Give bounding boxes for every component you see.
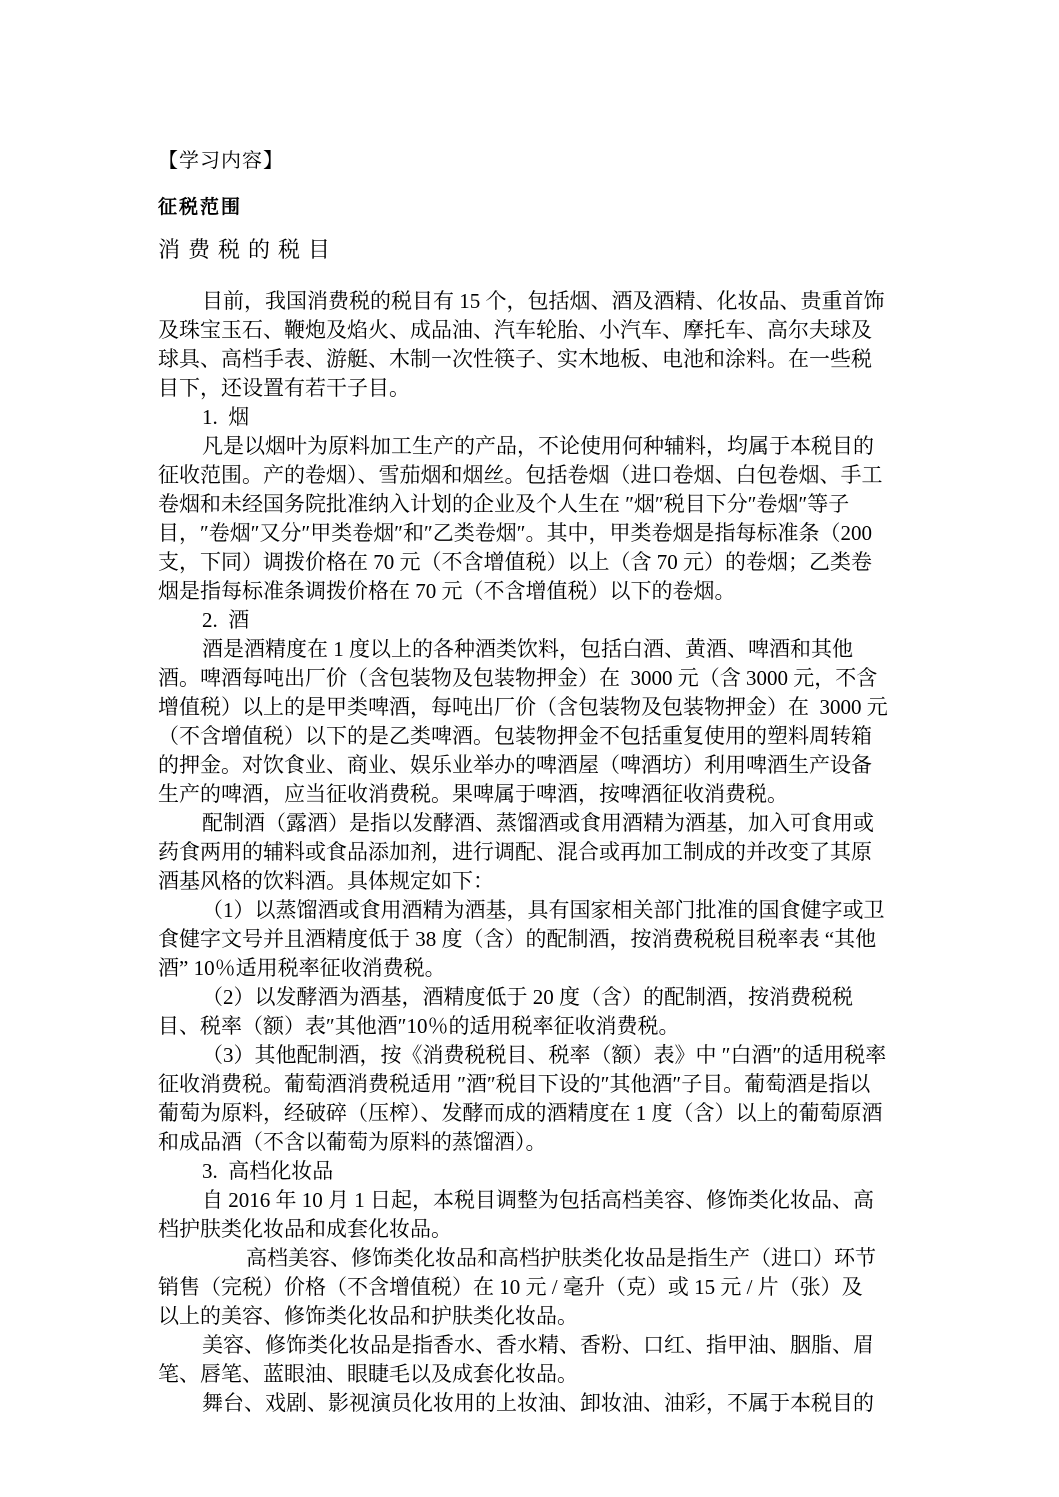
subsection-heading: 消费税的税目 xyxy=(158,235,938,265)
para-alcohol-line: 酒是酒精度在 1 度以上的各种酒类饮料，包括白酒、黄酒、啤酒和其他 xyxy=(158,635,938,664)
para-rule-2: （2）以发酵酒为酒基，酒精度低于 20 度（含）的配制酒，按消费税税目、税率（额… xyxy=(158,983,938,1041)
para-tobacco-line: 凡是以烟叶为原料加工生产的产品，不论使用何种辅料，均属于本税目的 xyxy=(158,432,938,461)
item-3-cosmetics-line: 3. 高档化妆品 xyxy=(158,1157,938,1186)
item-1-tobacco-line: 1. 烟 xyxy=(158,403,938,432)
para-overview: 目前，我国消费税的税目有 15 个，包括烟、酒及酒精、化妆品、贵重首饰及珠宝玉石… xyxy=(158,287,938,403)
para-rule-3-line: 和成品酒（不含以葡萄为原料的蒸馏酒）。 xyxy=(158,1128,938,1157)
para-alcohol-line: 生产的啤酒，应当征收消费税。果啤属于啤酒，按啤酒征收消费税。 xyxy=(158,780,938,809)
para-rule-2-line: （2）以发酵酒为酒基，酒精度低于 20 度（含）的配制酒，按消费税税 xyxy=(158,983,938,1012)
para-cosmetics-types: 美容、修饰类化妆品是指香水、香水精、香粉、口红、指甲油、胭脂、眉笔、唇笔、蓝眼油… xyxy=(158,1331,938,1389)
item-2-alcohol-line: 2. 酒 xyxy=(158,606,938,635)
para-cosmetics-date-line: 自 2016 年 10 月 1 日起，本税目调整为包括高档美容、修饰类化妆品、高 xyxy=(158,1186,938,1215)
para-tobacco-line: 支，下同）调拨价格在 70 元（不含增值税）以上（含 70 元）的卷烟；乙类卷 xyxy=(158,548,938,577)
para-cosmetics-price-line: 销售（完税）价格（不含增值税）在 10 元 / 毫升（克）或 15 元 / 片（… xyxy=(158,1273,938,1302)
para-alcohol-line: 酒。啤酒每吨出厂价（含包装物及包装物押金）在 3000 元（含 3000 元，不… xyxy=(158,664,938,693)
para-alcohol-line: 的押金。对饮食业、商业、娱乐业举办的啤酒屋（啤酒坊）利用啤酒生产设备 xyxy=(158,751,938,780)
page-content: 【学习内容】 征税范围 消费税的税目 目前，我国消费税的税目有 15 个，包括烟… xyxy=(158,148,938,1418)
para-cosmetics-date: 自 2016 年 10 月 1 日起，本税目调整为包括高档美容、修饰类化妆品、高… xyxy=(158,1186,938,1244)
para-stage-makeup-line: 舞台、戏剧、影视演员化妆用的上妆油、卸妆油、油彩，不属于本税目的 xyxy=(158,1389,938,1418)
para-tobacco-line: 卷烟和未经国务院批准纳入计划的企业及个人生在 ″烟″税目下分″卷烟″等子 xyxy=(158,490,938,519)
bracket-heading: 【学习内容】 xyxy=(158,148,938,174)
para-tobacco-line: 烟是指每标准条调拨价格在 70 元（不含增值税）以下的卷烟。 xyxy=(158,577,938,606)
para-overview-line: 及珠宝玉石、鞭炮及焰火、成品油、汽车轮胎、小汽车、摩托车、高尔夫球及 xyxy=(158,316,938,345)
para-tobacco-line: 目，″卷烟″又分″甲类卷烟″和″乙类卷烟″。其中，甲类卷烟是指每标准条（200 xyxy=(158,519,938,548)
para-rule-3-line: 葡萄为原料，经破碎（压榨）、发酵而成的酒精度在 1 度（含）以上的葡萄原酒 xyxy=(158,1099,938,1128)
para-rule-2-line: 目、税率（额）表″其他酒″10％的适用税率征收消费税。 xyxy=(158,1012,938,1041)
para-stage-makeup: 舞台、戏剧、影视演员化妆用的上妆油、卸妆油、油彩，不属于本税目的 xyxy=(158,1389,938,1418)
para-alcohol-line: 增值税）以上的是甲类啤酒，每吨出厂价（含包装物及包装物押金）在 3000 元 xyxy=(158,693,938,722)
para-tobacco: 凡是以烟叶为原料加工生产的产品，不论使用何种辅料，均属于本税目的征收范围。产的卷… xyxy=(158,432,938,606)
para-blended-wine-line: 配制酒（露酒）是指以发酵酒、蒸馏酒或食用酒精为酒基，加入可食用或 xyxy=(158,809,938,838)
document-body: 目前，我国消费税的税目有 15 个，包括烟、酒及酒精、化妆品、贵重首饰及珠宝玉石… xyxy=(158,287,938,1418)
para-alcohol: 酒是酒精度在 1 度以上的各种酒类饮料，包括白酒、黄酒、啤酒和其他酒。啤酒每吨出… xyxy=(158,635,938,809)
para-rule-3-line: 征收消费税。葡萄酒消费税适用 ″酒″税目下设的″其他酒″子目。葡萄酒是指以 xyxy=(158,1070,938,1099)
item-3-cosmetics: 3. 高档化妆品 xyxy=(158,1157,938,1186)
para-cosmetics-price: 高档美容、修饰类化妆品和高档护肤类化妆品是指生产（进口）环节销售（完税）价格（不… xyxy=(158,1244,938,1331)
para-blended-wine-line: 药食两用的辅料或食品添加剂，进行调配、混合或再加工制成的并改变了其原 xyxy=(158,838,938,867)
para-rule-1: （1）以蒸馏酒或食用酒精为酒基，具有国家相关部门批准的国食健字或卫食健字文号并且… xyxy=(158,896,938,983)
para-rule-1-line: 酒” 10％适用税率征收消费税。 xyxy=(158,954,938,983)
para-cosmetics-price-line: 高档美容、修饰类化妆品和高档护肤类化妆品是指生产（进口）环节 xyxy=(158,1244,938,1273)
para-overview-line: 目前，我国消费税的税目有 15 个，包括烟、酒及酒精、化妆品、贵重首饰 xyxy=(158,287,938,316)
para-cosmetics-price-line: 以上的美容、修饰类化妆品和护肤类化妆品。 xyxy=(158,1302,938,1331)
para-rule-1-line: （1）以蒸馏酒或食用酒精为酒基，具有国家相关部门批准的国食健字或卫 xyxy=(158,896,938,925)
para-cosmetics-types-line: 笔、唇笔、蓝眼油、眼睫毛以及成套化妆品。 xyxy=(158,1360,938,1389)
para-rule-1-line: 食健字文号并且酒精度低于 38 度（含）的配制酒，按消费税税目税率表 “其他 xyxy=(158,925,938,954)
para-overview-line: 目下，还设置有若干子目。 xyxy=(158,374,938,403)
document-page: 【学习内容】 征税范围 消费税的税目 目前，我国消费税的税目有 15 个，包括烟… xyxy=(0,0,1059,1497)
para-rule-3: （3）其他配制酒，按《消费税税目、税率（额）表》中 ″白酒″的适用税率征收消费税… xyxy=(158,1041,938,1157)
para-tobacco-line: 征收范围。产的卷烟）、雪茄烟和烟丝。包括卷烟（进口卷烟、白包卷烟、手工 xyxy=(158,461,938,490)
section-heading: 征税范围 xyxy=(158,195,938,221)
item-2-alcohol: 2. 酒 xyxy=(158,606,938,635)
para-blended-wine-line: 酒基风格的饮料酒。具体规定如下： xyxy=(158,867,938,896)
para-alcohol-line: （不含增值税）以下的是乙类啤酒。包装物押金不包括重复使用的塑料周转箱 xyxy=(158,722,938,751)
para-rule-3-line: （3）其他配制酒，按《消费税税目、税率（额）表》中 ″白酒″的适用税率 xyxy=(158,1041,938,1070)
para-cosmetics-types-line: 美容、修饰类化妆品是指香水、香水精、香粉、口红、指甲油、胭脂、眉 xyxy=(158,1331,938,1360)
para-overview-line: 球具、高档手表、游艇、木制一次性筷子、实木地板、电池和涂料。在一些税 xyxy=(158,345,938,374)
item-1-tobacco: 1. 烟 xyxy=(158,403,938,432)
para-cosmetics-date-line: 档护肤类化妆品和成套化妆品。 xyxy=(158,1215,938,1244)
para-blended-wine: 配制酒（露酒）是指以发酵酒、蒸馏酒或食用酒精为酒基，加入可食用或药食两用的辅料或… xyxy=(158,809,938,896)
